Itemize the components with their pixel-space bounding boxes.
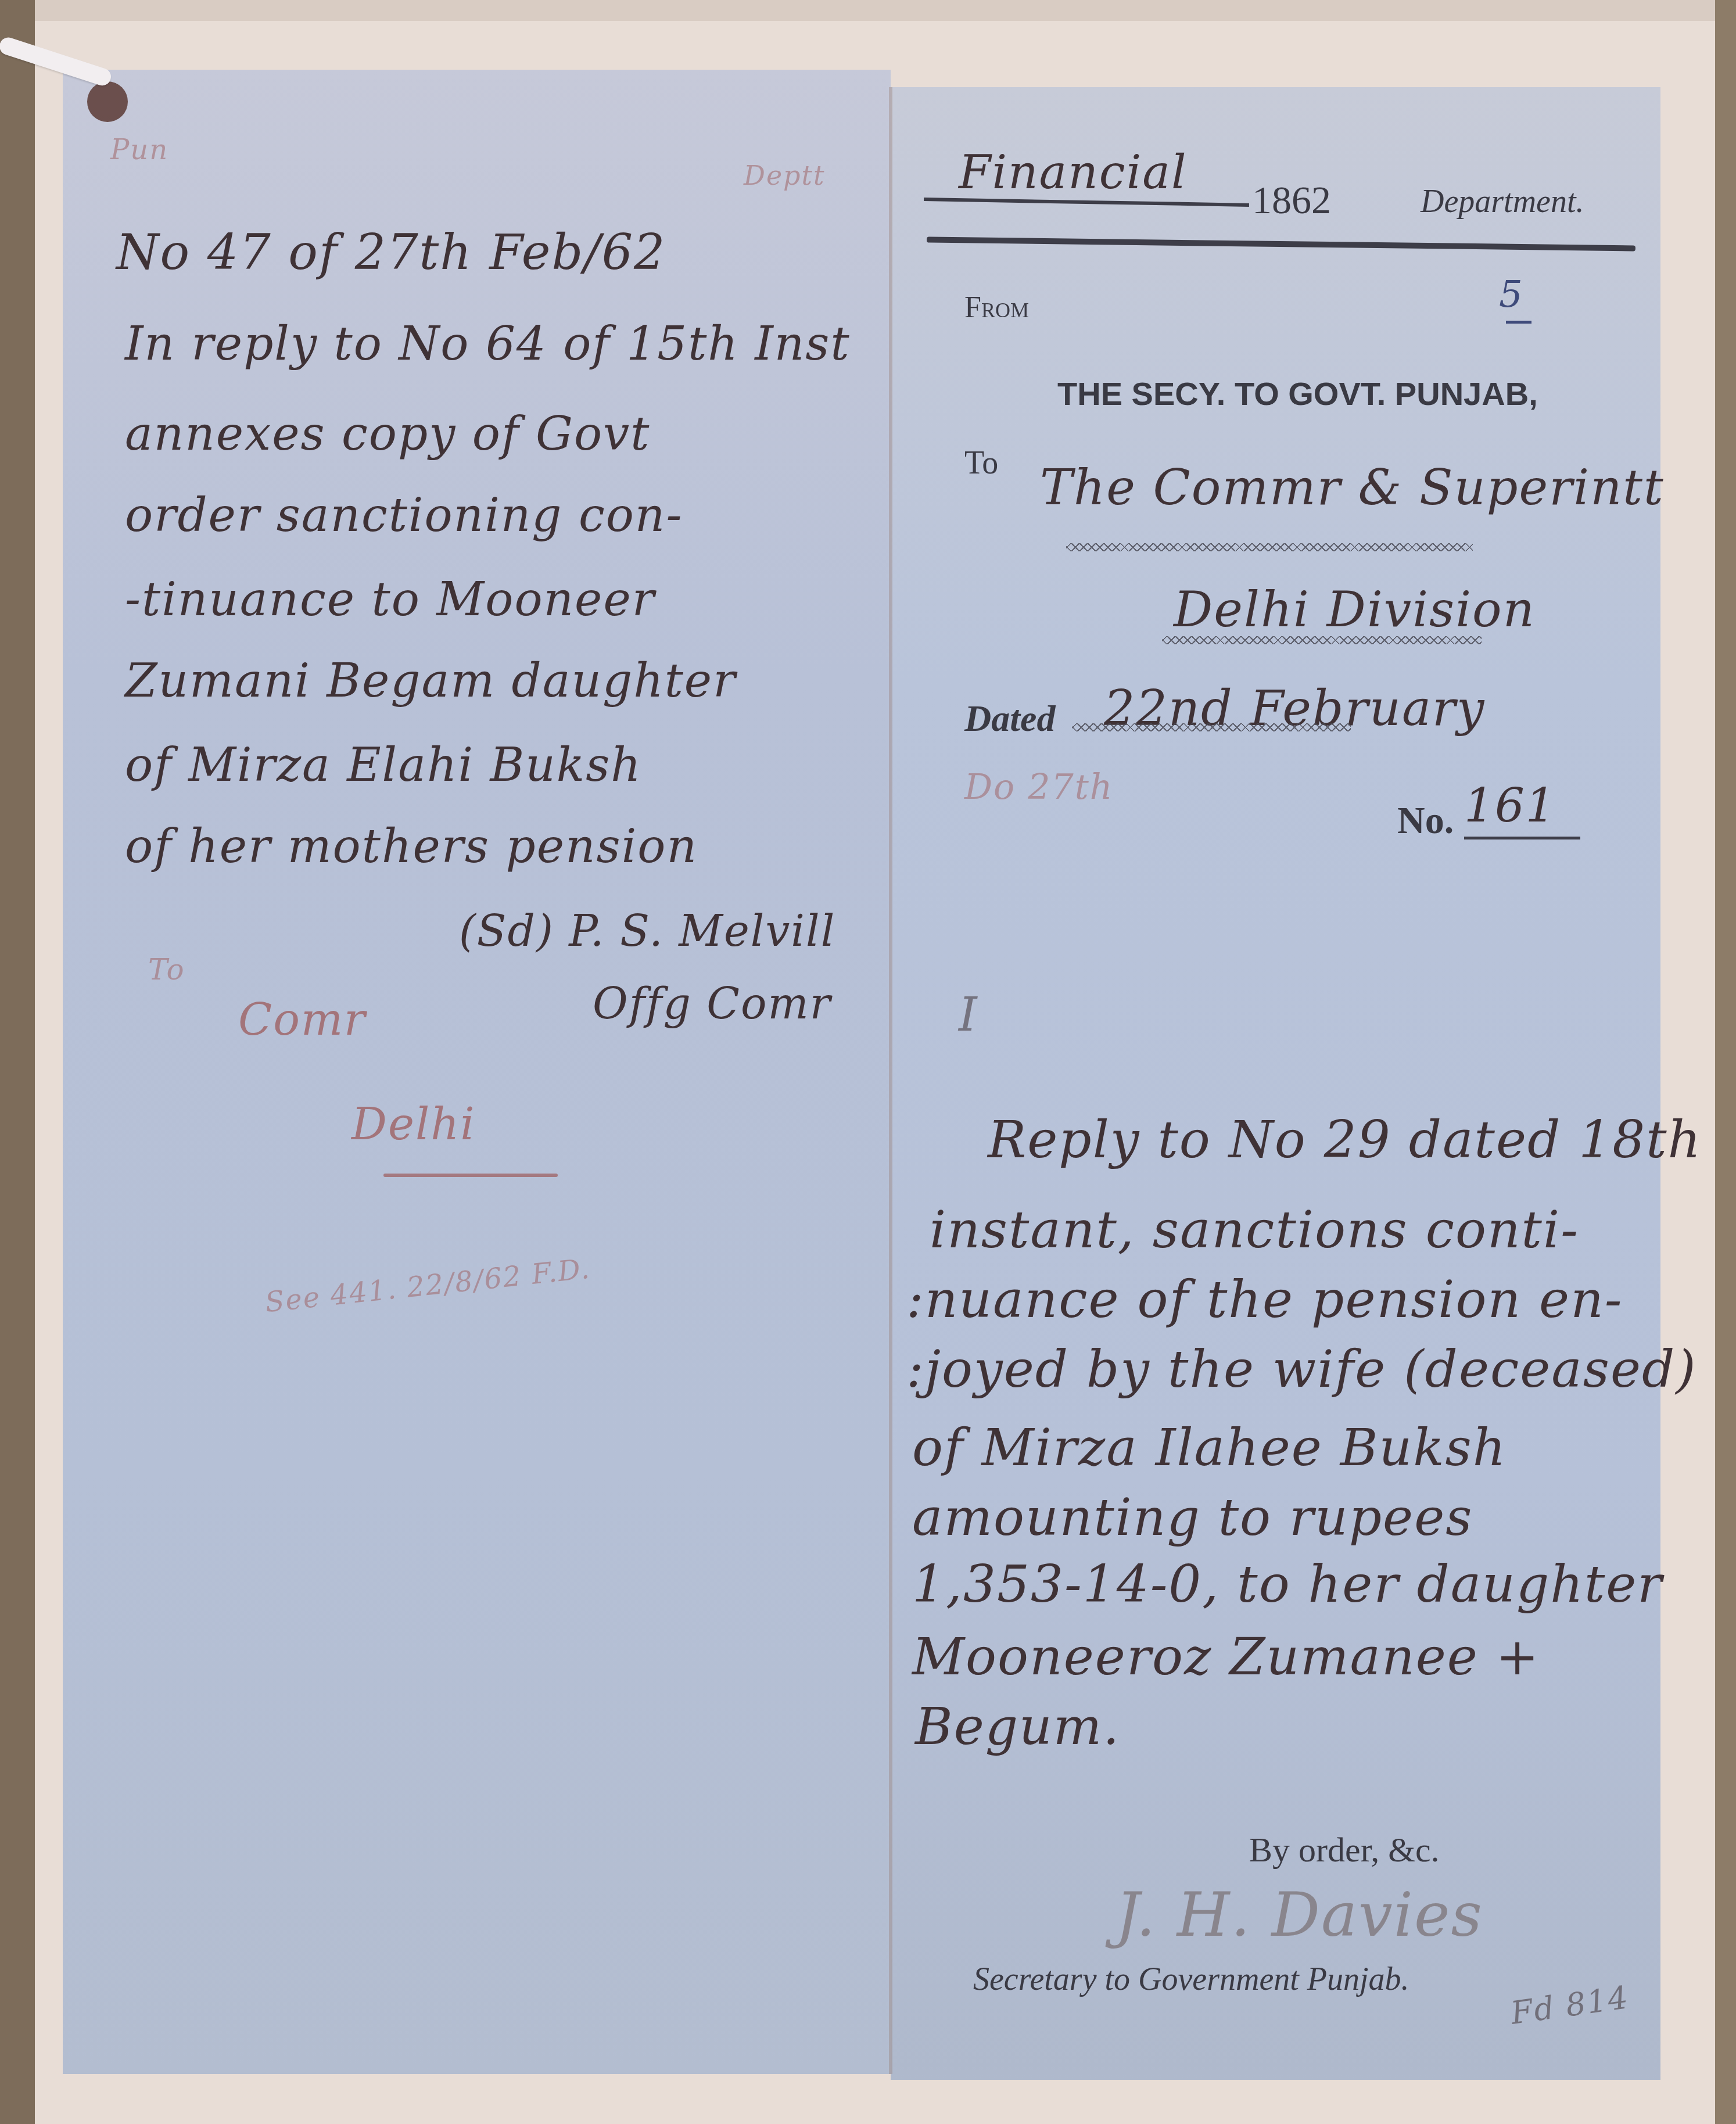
to-label: To — [964, 444, 998, 482]
page-fold — [889, 87, 892, 2074]
pink-address-line1: Comr — [238, 993, 366, 1045]
to-value-line1: The Commr & Superintt — [1040, 459, 1665, 516]
number-label: No. — [1397, 799, 1454, 843]
docket-line: of Mirza Elahi Buksh — [125, 738, 642, 792]
frame-right-edge — [1715, 0, 1736, 2124]
body-line: :nuance of the pension en- — [906, 1269, 1623, 1329]
body-line: Begum. — [915, 1696, 1120, 1756]
body-line: of Mirza Ilahee Buksh — [912, 1418, 1507, 1477]
pink-address-prefix: To — [148, 953, 185, 986]
secretary-signature: J. H. Davies — [1116, 1879, 1483, 1950]
page-number-blue: 5 — [1499, 273, 1524, 316]
to-wavy-line-2 — [1162, 636, 1482, 644]
pink-annotation-top-left: Pun — [110, 134, 168, 166]
salutation-mark: I — [959, 988, 978, 1042]
header-department-label: Department. — [1421, 183, 1584, 220]
docket-line: No 47 of 27th Feb/62 — [116, 224, 666, 281]
number-value: 161 — [1464, 778, 1556, 833]
docket-line: of her mothers pension — [125, 819, 698, 873]
header-year: 1862 — [1252, 177, 1331, 223]
body-line: Mooneeroz Zumanee + — [912, 1627, 1540, 1687]
docket-line: annexes copy of Govt — [125, 407, 650, 461]
from-value: THE SECY. TO GOVT. PUNJAB, — [1057, 375, 1538, 412]
mat-top-shadow — [35, 0, 1715, 21]
docket-signature-title: Offg Comr — [593, 979, 831, 1029]
pink-address-line2: Delhi — [351, 1098, 475, 1150]
docket-signature-name: (Sd) P. S. Melvill — [459, 906, 835, 956]
to-wavy-line — [1066, 543, 1473, 551]
from-label: From — [964, 290, 1029, 325]
docket-line: Zumani Begam daughter — [125, 654, 736, 708]
docket-line: order sanctioning con- — [125, 488, 683, 542]
pink-address-underline — [383, 1174, 558, 1177]
to-value-line2: Delhi Division — [1174, 581, 1536, 638]
docket-line: -tinuance to Mooneer — [125, 572, 655, 626]
pink-annotation-top-right: Deptt — [744, 160, 826, 191]
number-underline — [1464, 837, 1580, 839]
signatory-title: Secretary to Government Punjab. — [973, 1961, 1409, 1998]
docket-line: In reply to No 64 of 15th Inst — [125, 317, 851, 371]
dated-label: Dated — [964, 697, 1055, 740]
dated-wavy-line — [1072, 723, 1351, 731]
body-line: instant, sanctions conti- — [930, 1200, 1579, 1260]
body-line: :joyed by the wife (deceased) — [906, 1339, 1697, 1399]
closing-by-order: By order, &c. — [1249, 1830, 1440, 1870]
department-name-handwritten: Financial — [959, 145, 1188, 199]
tag-hole — [87, 81, 128, 122]
body-line: Reply to No 29 dated 18th — [988, 1110, 1702, 1169]
body-line: amounting to rupees — [912, 1487, 1473, 1547]
frame-left-edge — [0, 0, 35, 2124]
pink-received-note: Do 27th — [964, 767, 1113, 808]
body-line: 1,353-14-0, to her daughter — [912, 1554, 1663, 1614]
page-number-underline — [1506, 321, 1531, 324]
